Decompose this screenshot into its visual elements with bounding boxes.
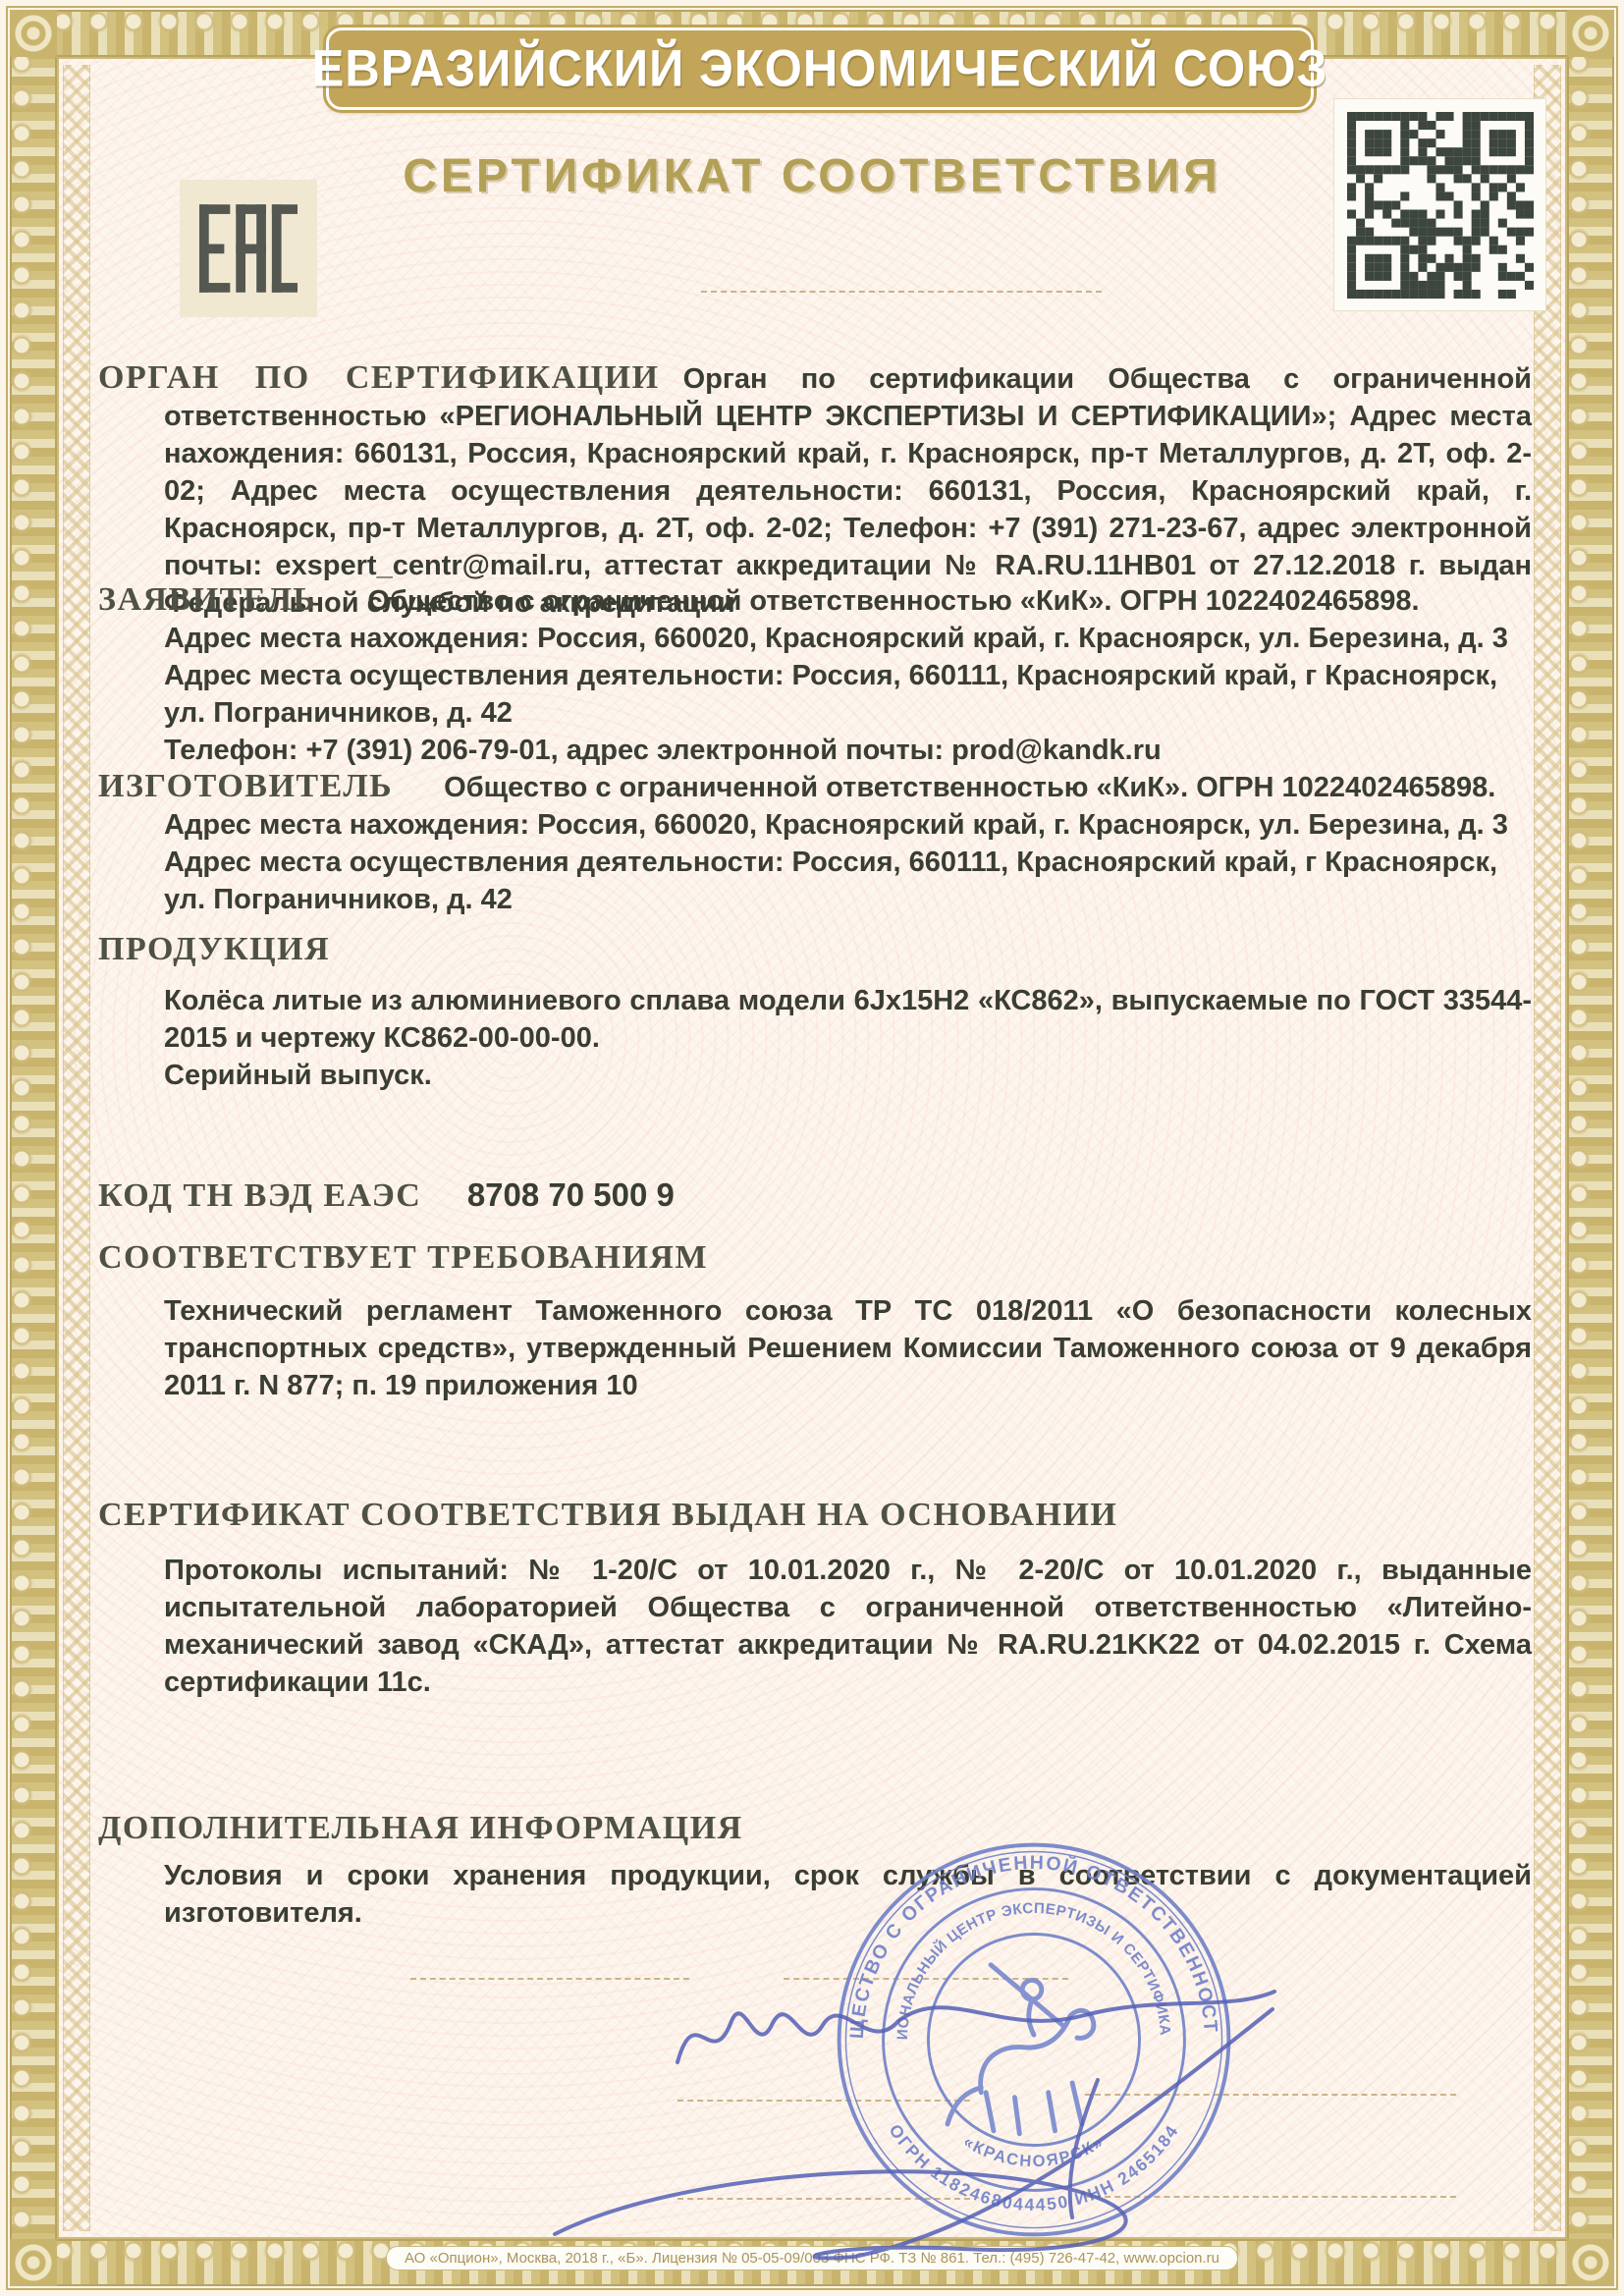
border-corner [1567,2239,1614,2286]
section-header: ЗАЯВИТЕЛЬ [98,581,316,618]
head-signature-stroke [677,1992,1274,2062]
certificate-title: СЕРТИФИКАТ СООТВЕТСТВИЯ [0,149,1624,203]
product-serial: Серийный выпуск. [98,1057,1532,1094]
border-corner [1567,10,1614,57]
applicant-line: Адрес места осуществления деятельности: … [164,657,1532,694]
border-band-right [1567,10,1614,2286]
section-header: ОРГАН ПО СЕРТИФИКАЦИИ [98,359,660,396]
applicant-lead: Общество с ограниченной ответственностью… [367,585,1419,617]
expert-signature-stroke [555,2009,1272,2258]
section-header: СЕРТИФИКАТ СООТВЕТСТВИЯ ВЫДАН НА ОСНОВАН… [98,1497,1532,1534]
manufacturer-line: Адрес места нахождения: Россия, 660020, … [164,806,1532,844]
section-product: ПРОДУКЦИЯ Колёса литые из алюминиевого с… [98,931,1532,1094]
manufacturer-line: Адрес места осуществления деятельности: … [164,844,1532,881]
microprint-line [701,291,1102,293]
basis-text: Протоколы испытаний: № 1-20/С от 10.01.2… [98,1552,1532,1701]
manufacturer-lead: Общество с ограниченной ответственностью… [444,772,1495,803]
section-header: ИЗГОТОВИТЕЛЬ [98,768,393,804]
applicant-line: ул. Пограничников, д. 42 [164,694,1532,732]
section-header: ДОПОЛНИТЕЛЬНАЯ ИНФОРМАЦИЯ [98,1810,1532,1847]
section-header: КОД ТН ВЭД ЕАЭС [98,1177,421,1214]
section-requirements: СООТВЕТСТВУЕТ ТРЕБОВАНИЯМ Технический ре… [98,1239,1532,1404]
manufacturer-line: ул. Пограничников, д. 42 [164,881,1532,918]
eac-mark-icon [199,203,298,294]
ink-signatures [530,1964,1316,2288]
border-corner [10,2239,57,2286]
section-header: ПРОДУКЦИЯ [98,931,1532,968]
union-banner-text: ЕВРАЗИЙСКИЙ ЭКОНОМИЧЕСКИЙ СОЮЗ [312,39,1328,98]
section-applicant: ЗАЯВИТЕЛЬОбщество с ограниченной ответст… [98,581,1532,769]
border-corner [10,10,57,57]
braid-ornament-left [63,65,90,2231]
applicant-line: Адрес места нахождения: Россия, 660020, … [164,620,1532,657]
section-tnved: КОД ТН ВЭД ЕАЭС 8708 70 500 9 [98,1176,1532,1215]
border-band-left [10,10,57,2286]
product-text: Колёса литые из алюминиевого сплава моде… [98,982,1532,1057]
additional-text: Условия и сроки хранения продукции, срок… [98,1857,1532,1932]
qr-code [1333,98,1546,311]
applicant-line: Телефон: +7 (391) 206-79-01, адрес элект… [164,732,1532,769]
section-basis: СЕРТИФИКАТ СООТВЕТСТВИЯ ВЫДАН НА ОСНОВАН… [98,1497,1532,1701]
section-additional-info: ДОПОЛНИТЕЛЬНАЯ ИНФОРМАЦИЯ Условия и срок… [98,1810,1532,1932]
section-manufacturer: ИЗГОТОВИТЕЛЬОбщество с ограниченной отве… [98,768,1532,918]
union-banner: ЕВРАЗИЙСКИЙ ЭКОНОМИЧЕСКИЙ СОЮЗ [326,27,1314,110]
certificate-page: ЕВРАЗИЙСКИЙ ЭКОНОМИЧЕСКИЙ СОЮЗ СЕРТИФИКА… [0,0,1624,2296]
requirements-text: Технический регламент Таможенного союза … [98,1292,1532,1404]
tnved-code: 8708 70 500 9 [467,1176,675,1213]
section-text: Орган по сертификации Общества с огранич… [164,363,1532,619]
section-header: СООТВЕТСТВУЕТ ТРЕБОВАНИЯМ [98,1239,1532,1277]
braid-ornament-right [1534,65,1561,2231]
